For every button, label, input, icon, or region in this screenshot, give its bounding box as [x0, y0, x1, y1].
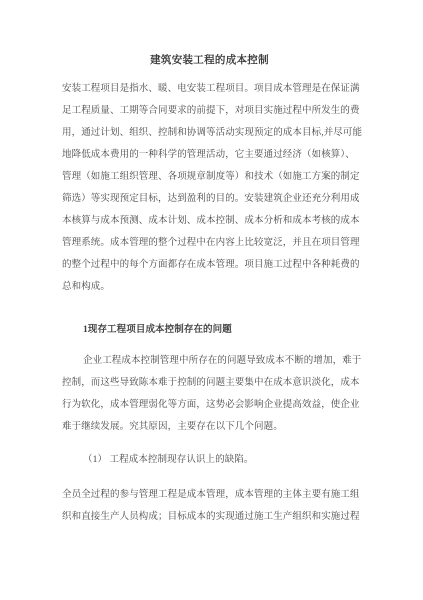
paragraph-cost-management: 全员全过程的参与管理工程是成本管理，成本管理的主体主要有施工组 织和直接生产人员…: [62, 484, 357, 528]
section-heading-1: 1现存工程项目成本控制存在的问题: [62, 319, 357, 341]
subsection-heading-1-1: （1） 工程成本控制现存认识上的缺陷。: [62, 449, 357, 471]
paragraph-problems: 企业工程成本控制管理中所存在的问题导致成本不断的增加，难于 控制，而这些导致陈本…: [62, 350, 357, 438]
document-page: 建筑安装工程的成本控制 安装工程项目是指水、暖、电安装工程项目。项目成本管理是在…: [0, 0, 423, 600]
document-title: 建筑安装工程的成本控制: [62, 50, 357, 72]
paragraph-intro: 安装工程项目是指水、暖、电安装工程项目。项目成本管理是在保证满 足工程质量、工期…: [62, 78, 357, 298]
